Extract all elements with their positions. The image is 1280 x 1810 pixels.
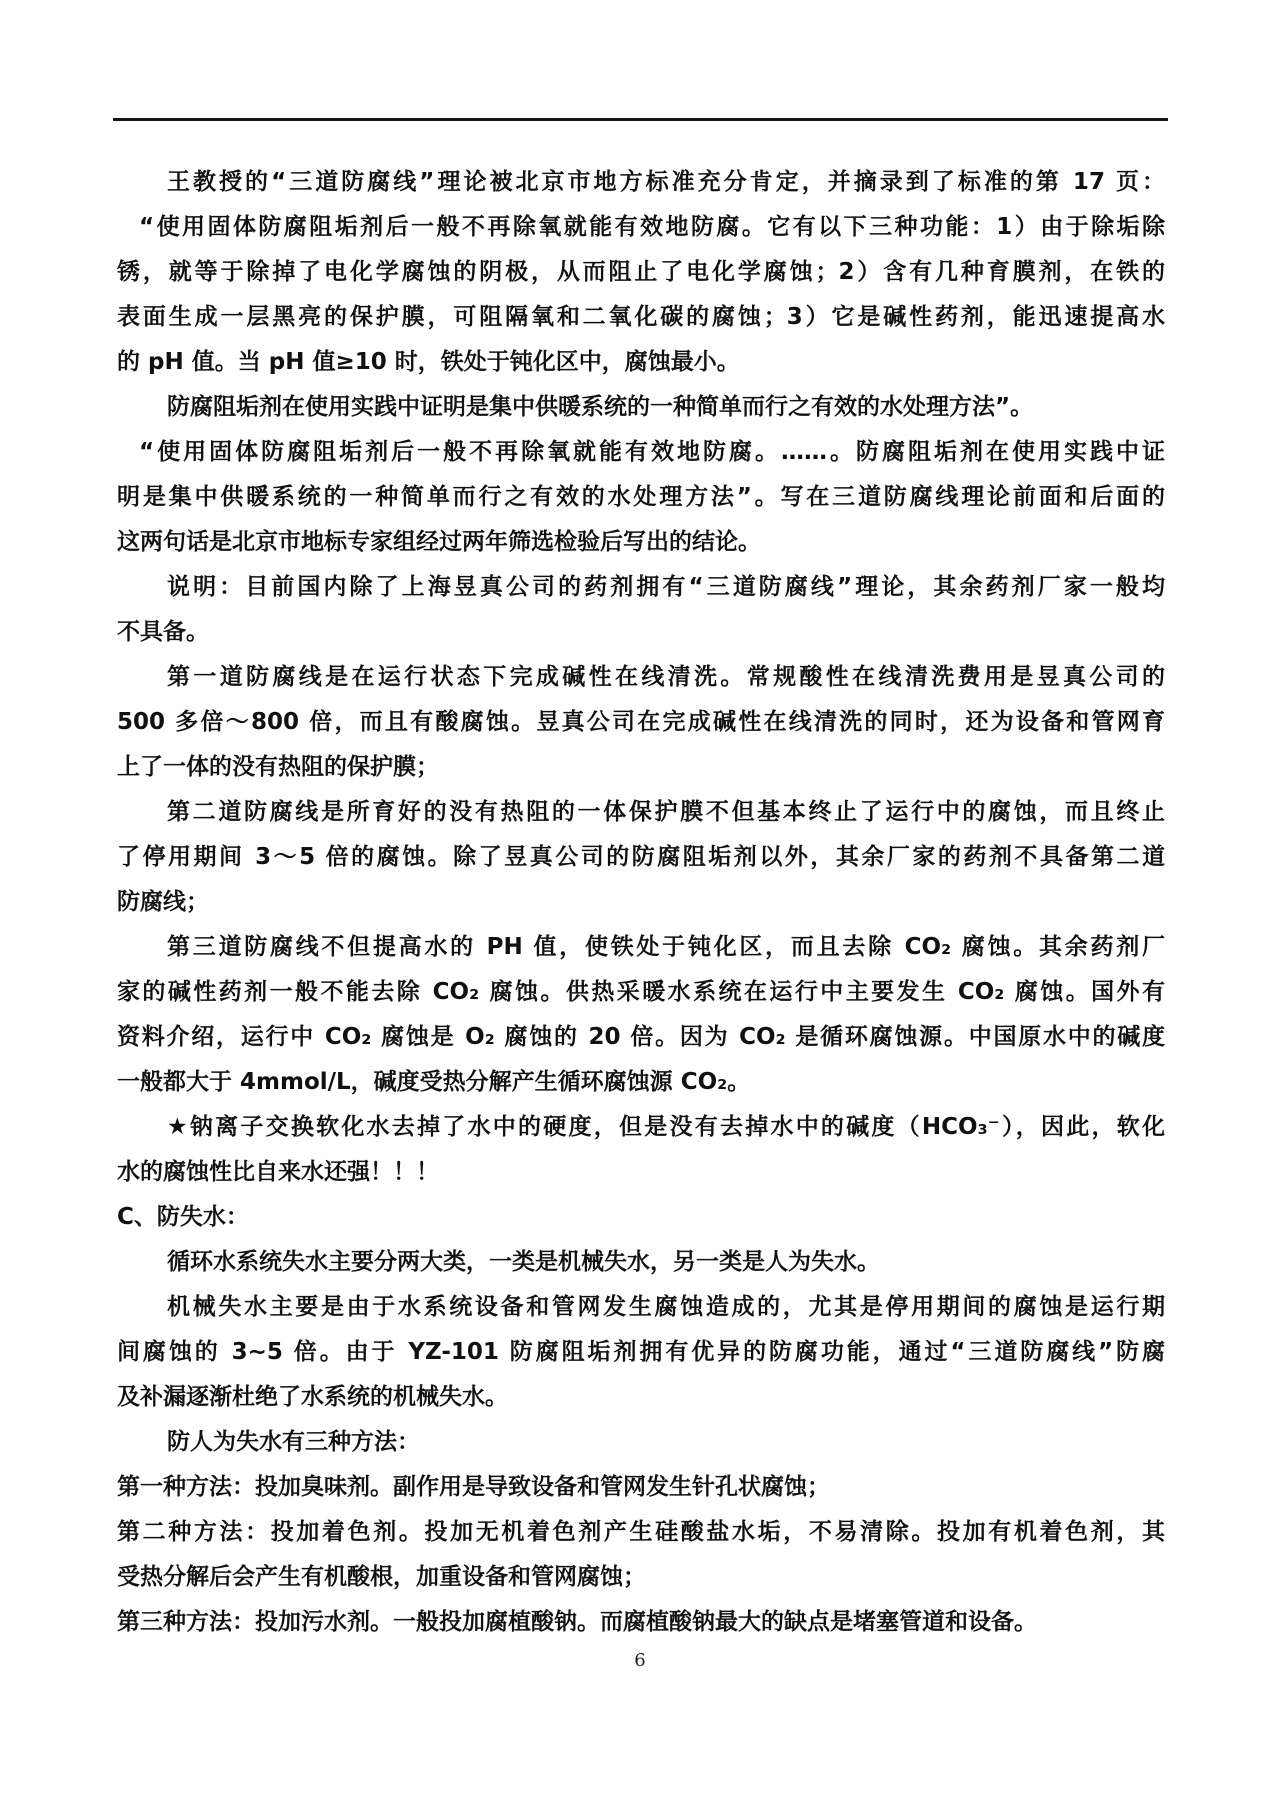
- text-line: 明是集中供暖系统的一种简单而行之有效的水处理方法”。写在三道防腐线理论前面和后面…: [117, 475, 1165, 520]
- text-line: 第三道防腐线不但提高水的 PH 值，使铁处于钝化区，而且去除 CO₂ 腐蚀。其余…: [117, 925, 1165, 970]
- text-line: ★钠离子交换软化水去掉了水中的硬度，但是没有去掉水中的碱度（HCO₃⁻），因此，…: [117, 1105, 1165, 1150]
- document-body: 王教授的“三道防腐线”理论被北京市地方标准充分肯定，并摘录到了标准的第 17 页…: [117, 160, 1165, 1645]
- text-line: 了停用期间 3～5 倍的腐蚀。除了昱真公司的防腐阻垢剂以外，其余厂家的药剂不具备…: [117, 835, 1165, 880]
- page-number: 6: [0, 1650, 1280, 1671]
- text-line: 第三种方法：投加污水剂。一般投加腐植酸钠。而腐植酸钠最大的缺点是堵塞管道和设备。: [117, 1600, 1165, 1645]
- text-line: 500 多倍～800 倍，而且有酸腐蚀。昱真公司在完成碱性在线清洗的同时，还为设…: [117, 700, 1165, 745]
- text-line: 防腐线；: [117, 880, 1165, 925]
- text-line: 循环水系统失水主要分两大类，一类是机械失水，另一类是人为失水。: [117, 1240, 1165, 1285]
- text-line: 机械失水主要是由于水系统设备和管网发生腐蚀造成的，尤其是停用期间的腐蚀是运行期: [117, 1285, 1165, 1330]
- text-line: 及补漏逐渐杜绝了水系统的机械失水。: [117, 1375, 1165, 1420]
- text-line: 王教授的“三道防腐线”理论被北京市地方标准充分肯定，并摘录到了标准的第 17 页…: [117, 160, 1165, 205]
- text-line: 防人为失水有三种方法：: [117, 1420, 1165, 1465]
- text-line: 防腐阻垢剂在使用实践中证明是集中供暖系统的一种简单而行之有效的水处理方法”。: [117, 385, 1165, 430]
- text-line: “使用固体防腐阻垢剂后一般不再除氧就能有效地防腐。它有以下三种功能：1）由于除垢…: [117, 205, 1165, 250]
- text-line: 第一种方法：投加臭味剂。副作用是导致设备和管网发生针孔状腐蚀；: [117, 1465, 1165, 1510]
- text-line: 第二种方法：投加着色剂。投加无机着色剂产生硅酸盐水垢，不易清除。投加有机着色剂，…: [117, 1510, 1165, 1555]
- text-line: 家的碱性药剂一般不能去除 CO₂ 腐蚀。供热采暖水系统在运行中主要发生 CO₂ …: [117, 970, 1165, 1015]
- text-line: 水的腐蚀性比自来水还强！！！: [117, 1150, 1165, 1195]
- text-line: 资料介绍，运行中 CO₂ 腐蚀是 O₂ 腐蚀的 20 倍。因为 CO₂ 是循环腐…: [117, 1015, 1165, 1060]
- text-line: 锈，就等于除掉了电化学腐蚀的阴极，从而阻止了电化学腐蚀；2）含有几种育膜剂，在铁…: [117, 250, 1165, 295]
- text-line: 第二道防腐线是所育好的没有热阻的一体保护膜不但基本终止了运行中的腐蚀，而且终止: [117, 790, 1165, 835]
- text-line: 一般都大于 4mmol/L，碱度受热分解产生循环腐蚀源 CO₂。: [117, 1060, 1165, 1105]
- text-line: 不具备。: [117, 610, 1165, 655]
- text-line: 间腐蚀的 3~5 倍。由于 YZ-101 防腐阻垢剂拥有优异的防腐功能，通过“三…: [117, 1330, 1165, 1375]
- text-line: 说明：目前国内除了上海昱真公司的药剂拥有“三道防腐线”理论，其余药剂厂家一般均: [117, 565, 1165, 610]
- header-rule: [113, 118, 1168, 121]
- text-line: “使用固体防腐阻垢剂后一般不再除氧就能有效地防腐。……。防腐阻垢剂在使用实践中证: [117, 430, 1165, 475]
- text-line: 的 pH 值。当 pH 值≥10 时，铁处于钝化区中，腐蚀最小。: [117, 340, 1165, 385]
- text-line: 这两句话是北京市地标专家组经过两年筛选检验后写出的结论。: [117, 520, 1165, 565]
- text-line: 表面生成一层黑亮的保护膜，可阻隔氧和二氧化碳的腐蚀；3）它是碱性药剂，能迅速提高…: [117, 295, 1165, 340]
- text-line: 受热分解后会产生有机酸根，加重设备和管网腐蚀；: [117, 1555, 1165, 1600]
- text-line: C、防失水：: [117, 1195, 1165, 1240]
- text-line: 第一道防腐线是在运行状态下完成碱性在线清洗。常规酸性在线清洗费用是昱真公司的: [117, 655, 1165, 700]
- text-line: 上了一体的没有热阻的保护膜；: [117, 745, 1165, 790]
